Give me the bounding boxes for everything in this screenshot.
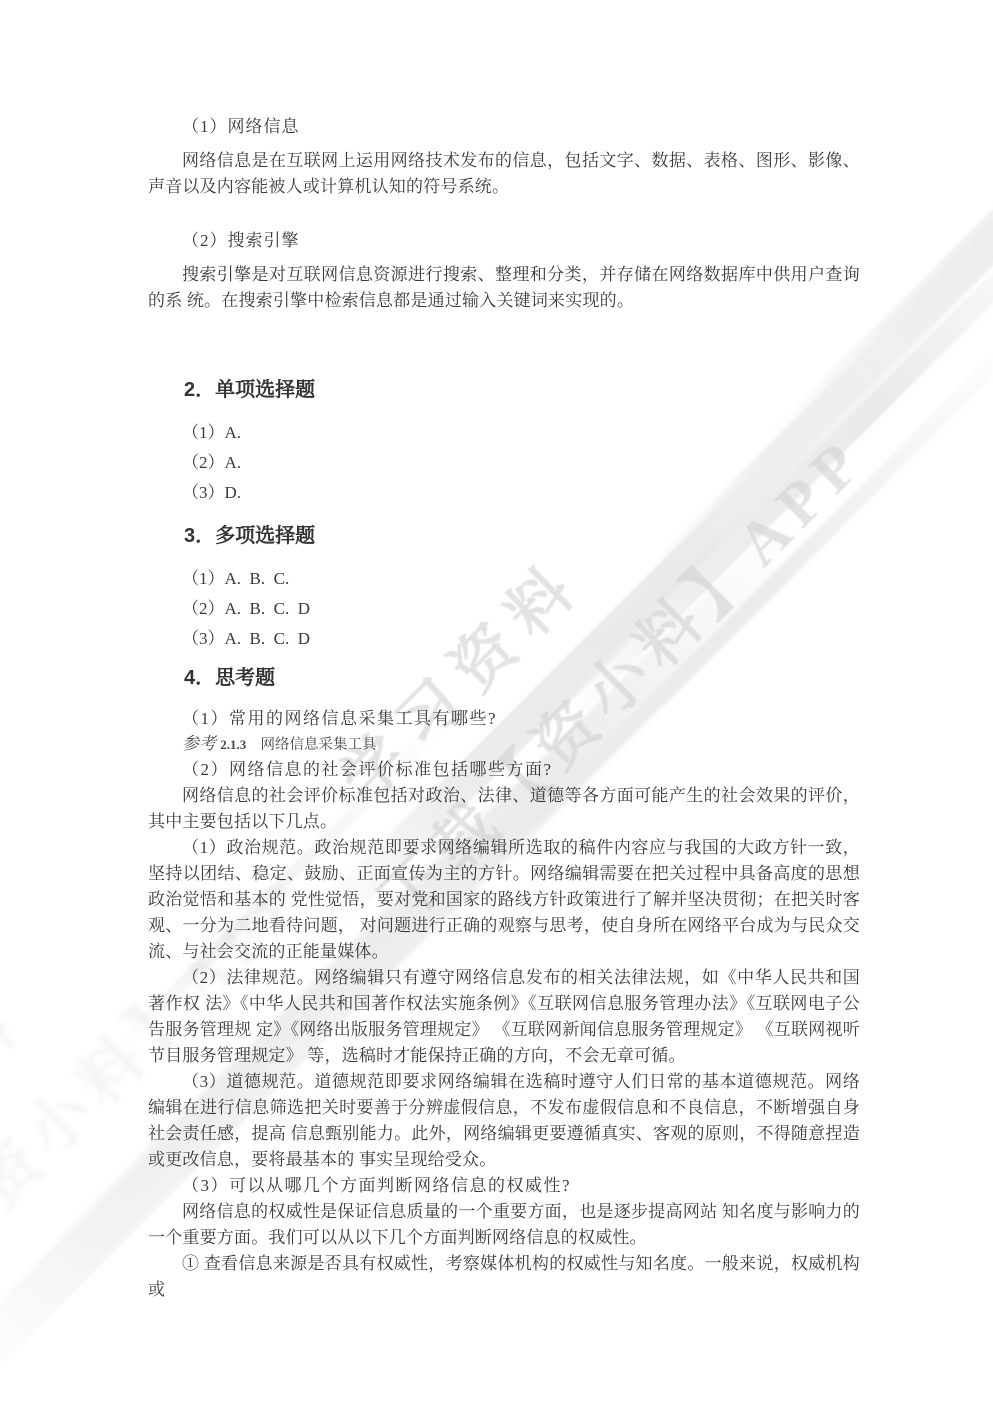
section-heading-think-questions: 4．思考题 <box>148 664 860 692</box>
paragraph-q2-intro: 网络信息的社会评价标准包括对政治、法律、道德等各方面可能产生的社会效果的评价，其… <box>148 783 860 835</box>
answer-line: （3）D. <box>148 478 860 508</box>
answer-line: （1）A. <box>148 418 860 448</box>
paragraph-q3-intro: 网络信息的权威性是保证信息质量的一个重要方面，也是逐步提高网站 知名度与影响力的… <box>148 1199 860 1251</box>
paragraph-q2-point-law: （2）法律规范。网络编辑只有遵守网络信息发布的相关法律法规，如《中华人民共和国著… <box>148 965 860 1069</box>
paragraph-network-info: 网络信息是在互联网上运用网络技术发布的信息，包括文字、数据、表格、图形、影像、声… <box>148 148 860 200</box>
answer-line: （2）A. B. C. D <box>148 594 860 624</box>
paragraph-q2-point-politics: （1）政治规范。政治规范即要求网络编辑所选取的稿件内容应与我国的大政方针一致，坚… <box>148 835 860 965</box>
reference-label: 参考 <box>182 734 216 753</box>
answer-line: （3）A. B. C. D <box>148 624 860 654</box>
item-heading-search-engine: （2）搜索引擎 <box>148 228 860 254</box>
paragraph-q3-point-1: ① 查看信息来源是否具有权威性，考察媒体机构的权威性与知名度。一般来说，权威机构… <box>148 1251 860 1303</box>
paragraph-q2-point-morality: （3）道德规范。道德规范即要求网络编辑在选稿时遵守人们日常的基本道德规范。网络编… <box>148 1069 860 1173</box>
item-heading-network-info: （1）网络信息 <box>148 114 860 140</box>
question-line-3: （3）可以从哪几个方面判断网络信息的权威性? <box>148 1173 860 1199</box>
answer-line: （2）A. <box>148 448 860 478</box>
reference-line: 参考 2.1.3 网络信息采集工具 <box>148 732 860 757</box>
paragraph-search-engine: 搜索引擎是对互联网信息资源进行搜索、整理和分类，并存储在网络数据库中供用户查询的… <box>148 262 860 314</box>
watermark-text-line1-ghost: 学习资料 <box>0 972 42 1256</box>
section-heading-single-choice: 2．单项选择题 <box>148 376 860 404</box>
section-heading-multi-choice: 3．多项选择题 <box>148 522 860 550</box>
answer-line: （1）A. B. C. <box>148 564 860 594</box>
question-line-2: （2）网络信息的社会评价标准包括哪些方面? <box>148 757 860 783</box>
reference-number: 2.1.3 <box>220 737 246 752</box>
reference-title: 网络信息采集工具 <box>251 737 377 753</box>
document-content: （1）网络信息 网络信息是在互联网上运用网络技术发布的信息，包括文字、数据、表格… <box>148 0 860 1303</box>
question-line-1: （1）常用的网络信息采集工具有哪些? <box>148 706 860 732</box>
document-page: 学习资料 下载【资小料】APP 学习资料 下载【资小料】APP （1）网络信息 … <box>0 0 993 1404</box>
